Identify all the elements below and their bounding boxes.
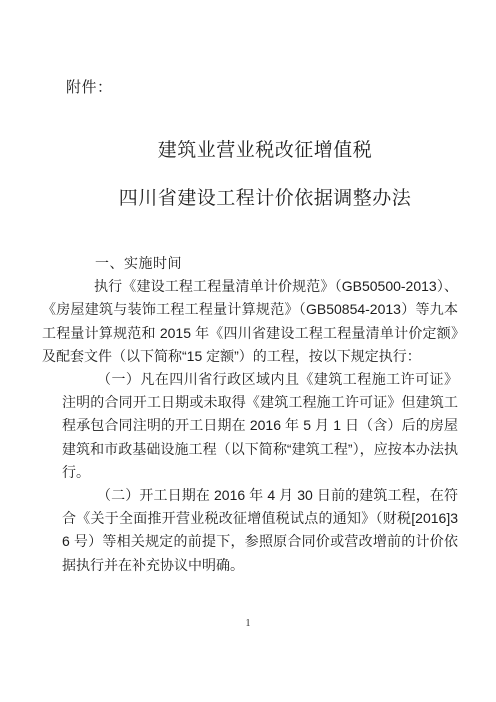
paragraph-item-1: （一）凡在四川省行政区域内且《建筑工程施工许可证》注明的合同开工日期或未取得《建… [62,368,458,484]
document-body: 一、实施时间 执行《建设工程工程量清单计价规范》（GB50500-2013）、《… [42,252,458,577]
title-line-2: 四川省建设工程计价依据调整办法 [72,188,458,210]
title-line-1: 建筑业营业税改征增值税 [72,140,458,162]
document-title: 建筑业营业税改征增值税 四川省建设工程计价依据调整办法 [42,140,458,210]
paragraph-implementation-scope: 执行《建设工程工程量清单计价规范》（GB50500-2013）、《房屋建筑与装饰… [42,275,458,368]
document-page: 附件： 建筑业营业税改征增值税 四川省建设工程计价依据调整办法 一、实施时间 执… [0,0,496,702]
page-number: 1 [0,618,496,629]
paragraph-item-2: （二）开工日期在 2016 年 4 月 30 日前的建筑工程，在符合《关于全面推… [62,484,458,577]
section-heading: 一、实施时间 [42,252,458,275]
attachment-label: 附件： [66,78,113,98]
